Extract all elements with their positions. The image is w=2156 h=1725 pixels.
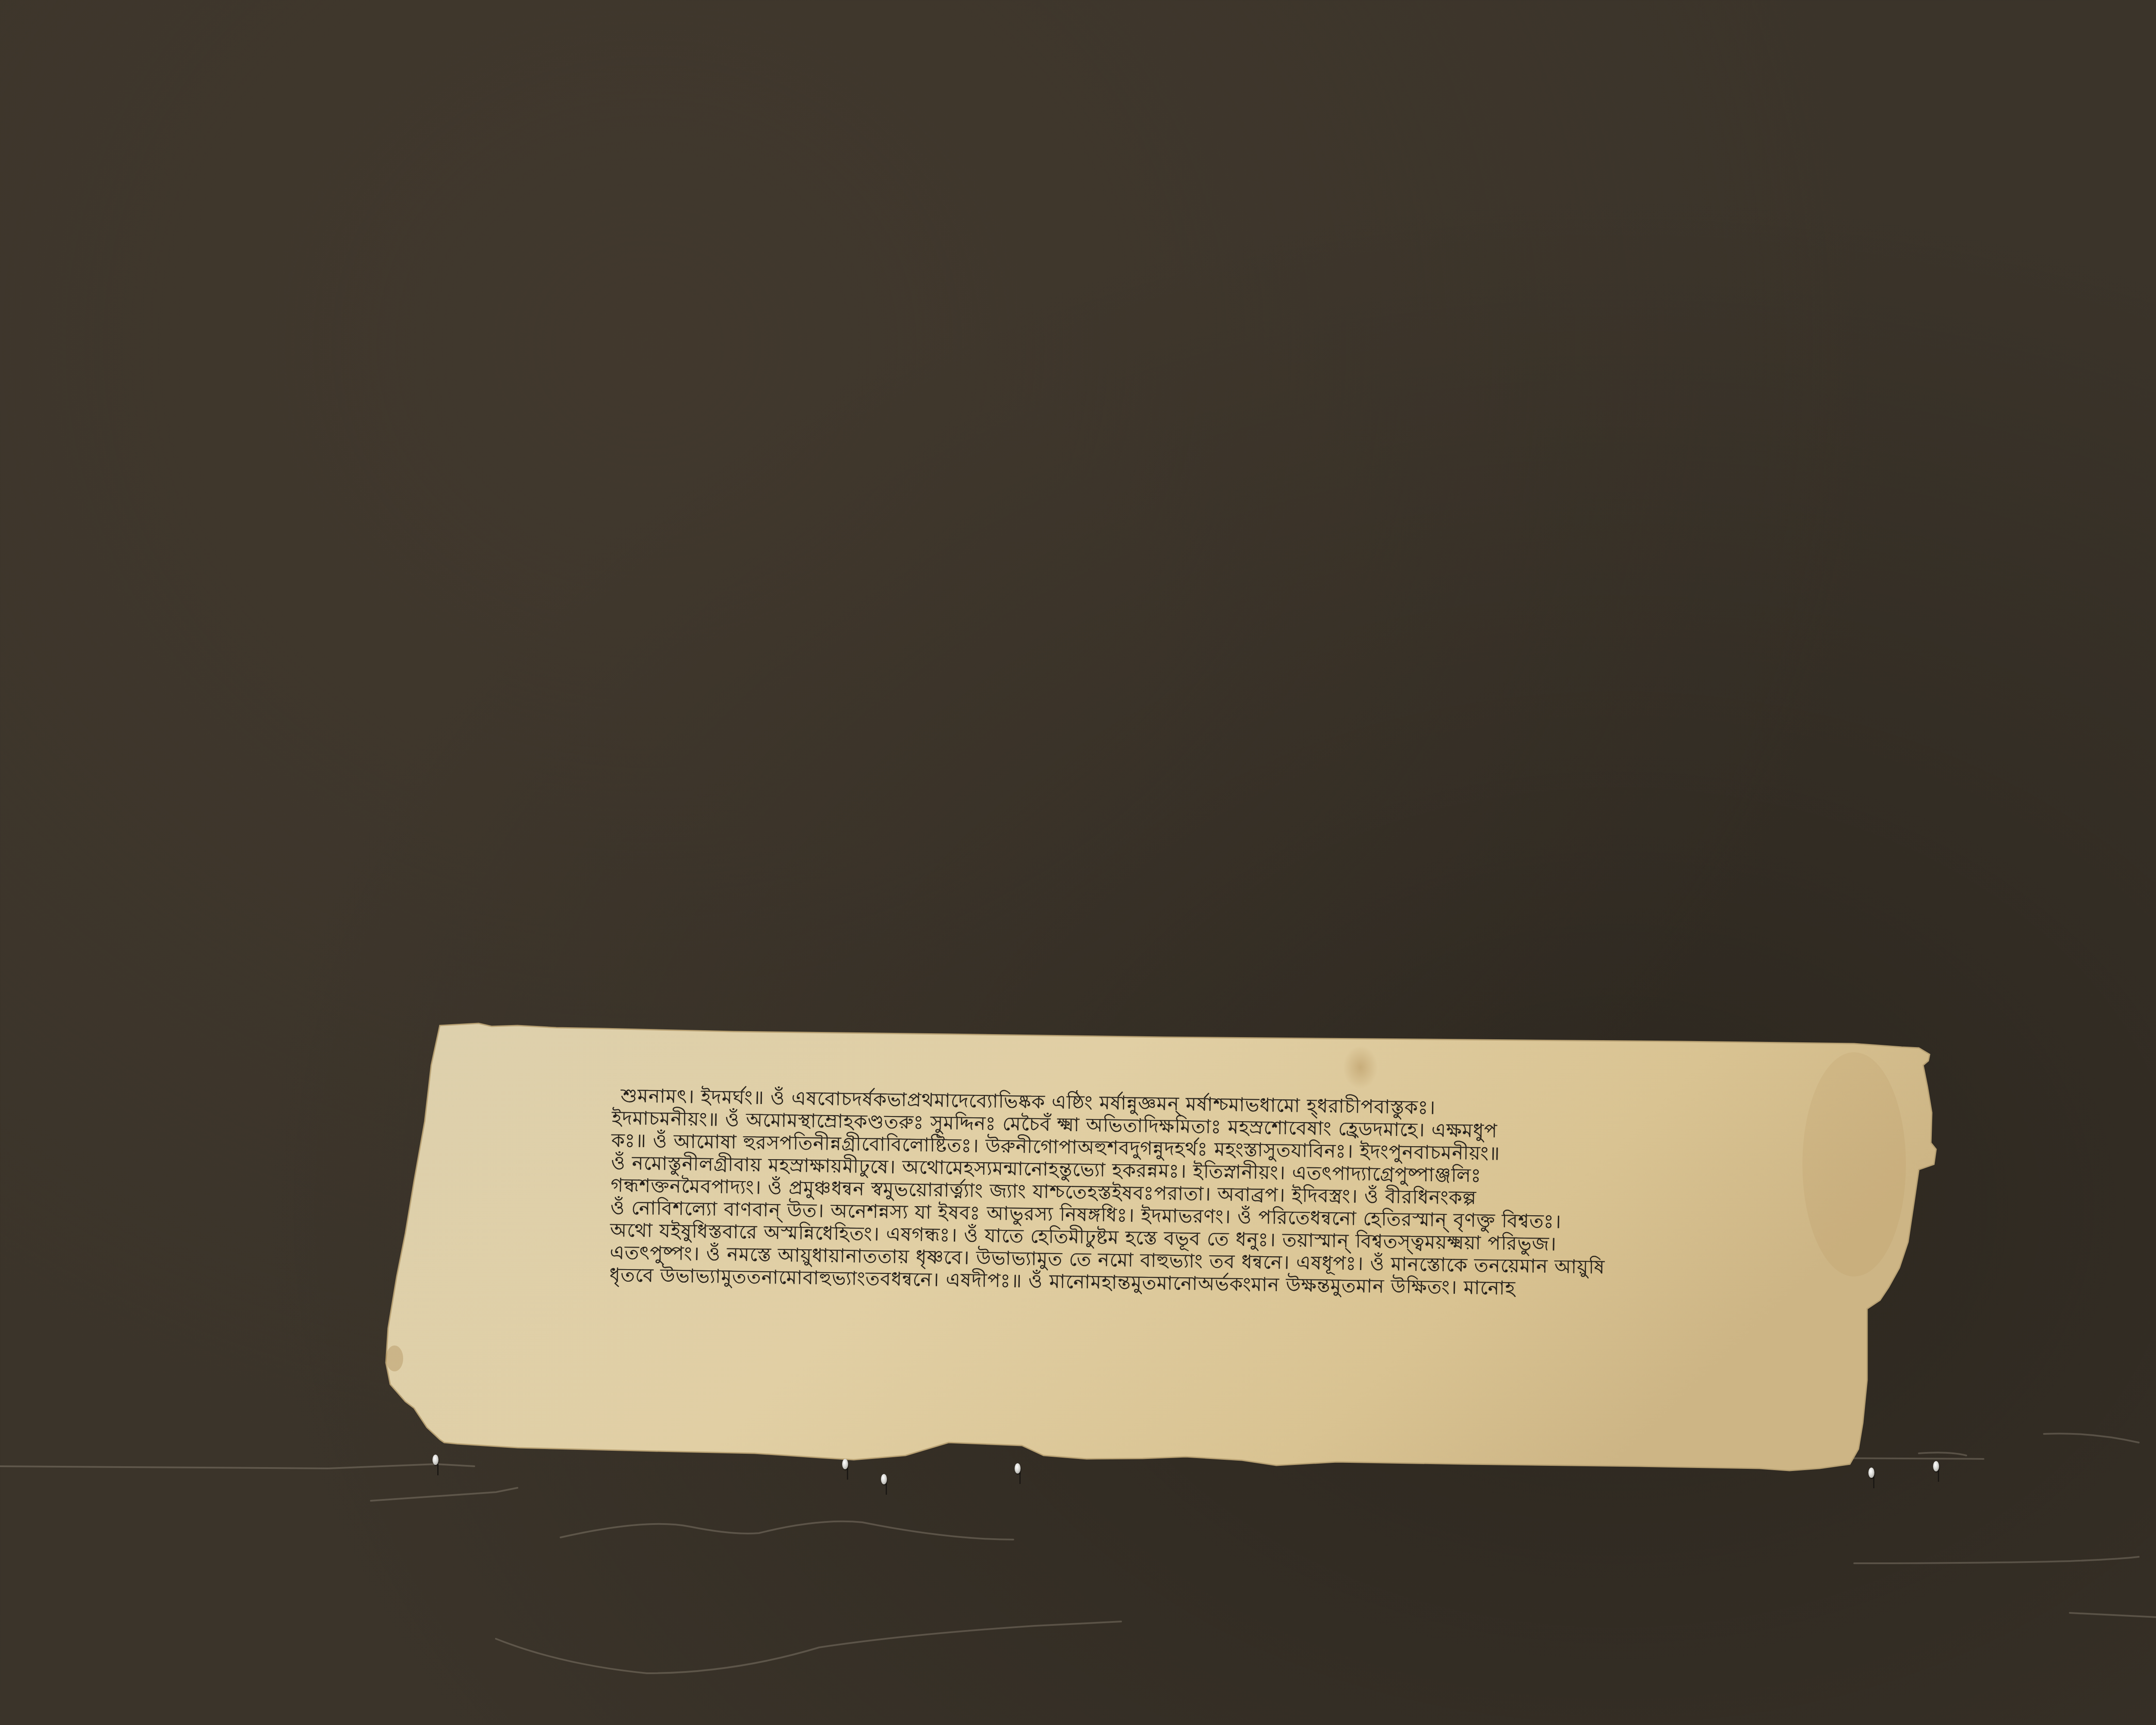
pin-icon xyxy=(881,1474,887,1484)
pin-icon xyxy=(1933,1461,1939,1471)
pin-icon xyxy=(842,1459,848,1469)
pin-icon xyxy=(1868,1468,1874,1478)
pin-icon xyxy=(432,1455,439,1465)
paper-shape xyxy=(0,0,2156,1725)
pin-shaft xyxy=(1019,1473,1021,1484)
pin-shaft xyxy=(437,1464,439,1475)
display-board: শুমনামৎ। ইদমর্ঘং॥ ওঁ এষবোচদর্ষকভাপ্রথমাদ… xyxy=(0,0,2156,1725)
manuscript-leaf: শুমনামৎ। ইদমর্ঘং॥ ওঁ এষবোচদর্ষকভাপ্রথমাদ… xyxy=(0,0,2156,1725)
pin-shaft xyxy=(1938,1471,1939,1482)
pin-shaft xyxy=(1873,1477,1874,1488)
pin-shaft xyxy=(847,1468,848,1480)
pin-shaft xyxy=(886,1483,887,1495)
pin-icon xyxy=(1015,1463,1021,1474)
